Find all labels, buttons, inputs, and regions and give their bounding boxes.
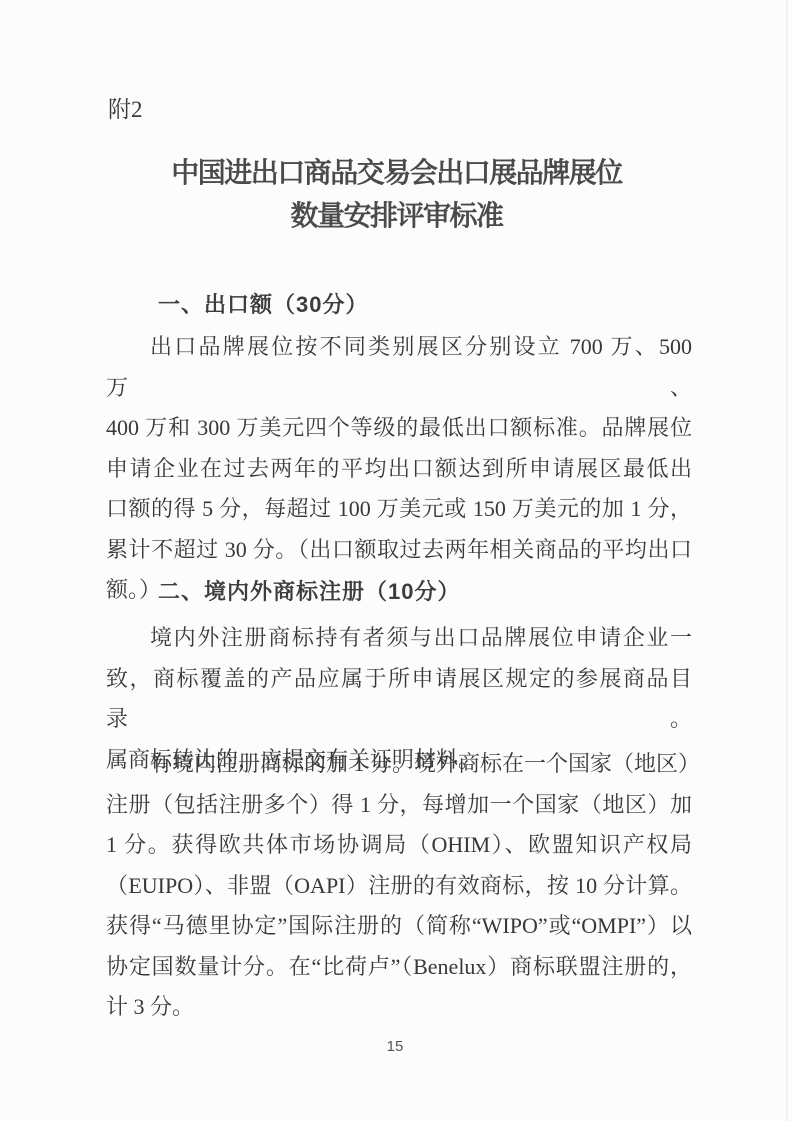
paragraph-line: 口额的得 5 分，每超过 100 万美元或 150 万美元的加 1 分， xyxy=(106,489,692,530)
paragraph-line: （EUIPO）、非盟（OAPI）注册的有效商标，按 10 分计算。 xyxy=(106,866,692,907)
paragraph-line: 出口品牌展位按不同类别展区分别设立 700 万、500 万、 xyxy=(106,327,692,408)
paragraph-line: 境内外注册商标持有者须与出口品牌展位申请企业一 xyxy=(106,618,692,659)
page-number: 15 xyxy=(0,1038,790,1055)
paragraph-trademark-scoring: 有境内注册商标的加 1 分。境外商标在一个国家（地区） 注册（包括注册多个）得 … xyxy=(106,744,692,1028)
title-line-2: 数量安排评审标准 xyxy=(0,195,793,238)
paragraph-line: 400 万和 300 万美元四个等级的最低出口额标准。品牌展位 xyxy=(106,408,692,449)
paragraph-line: 注册（包括注册多个）得 1 分，每增加一个国家（地区）加 xyxy=(106,785,692,826)
section-heading-trademark-registration: 二、境内外商标注册（10分） xyxy=(158,575,460,606)
paragraph-line: 申请企业在过去两年的平均出口额达到所申请展区最低出 xyxy=(106,449,692,490)
title-line-1: 中国进出口商品交易会出口展品牌展位 xyxy=(0,152,793,195)
document-page: 附2 中国进出口商品交易会出口展品牌展位 数量安排评审标准 一、出口额（30分）… xyxy=(0,0,793,1121)
paragraph-export-value: 出口品牌展位按不同类别展区分别设立 700 万、500 万、 400 万和 30… xyxy=(106,327,692,611)
paragraph-line: 计 3 分。 xyxy=(106,987,692,1028)
paragraph-line: 协定国数量计分。在“比荷卢”（Benelux）商标联盟注册的， xyxy=(106,947,692,988)
paragraph-line: 有境内注册商标的加 1 分。境外商标在一个国家（地区） xyxy=(106,744,692,785)
section-heading-export-value: 一、出口额（30分） xyxy=(158,288,368,319)
attachment-label: 附2 xyxy=(108,91,143,124)
document-title: 中国进出口商品交易会出口展品牌展位 数量安排评审标准 xyxy=(0,152,793,238)
paragraph-line: 累计不超过 30 分。（出口额取过去两年相关商品的平均出口 xyxy=(106,530,692,571)
paragraph-line: 致，商标覆盖的产品应属于所申请展区规定的参展商品目录。 xyxy=(106,659,692,740)
paragraph-line: 1 分。获得欧共体市场协调局（OHIM）、欧盟知识产权局 xyxy=(106,825,692,866)
paragraph-line: 获得“马德里协定”国际注册的（简称“WIPO”或“OMPI”）以 xyxy=(106,906,692,947)
